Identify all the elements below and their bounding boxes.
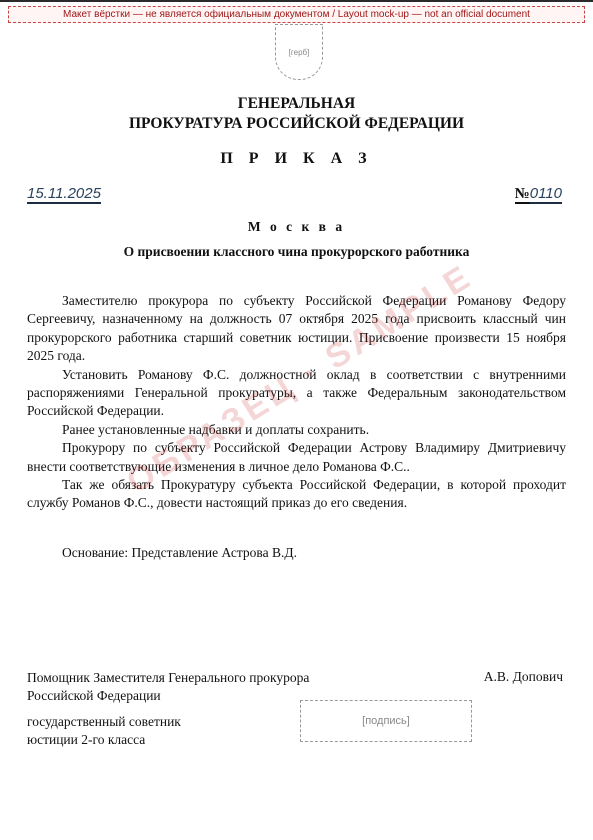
document-city: М о с к в а: [0, 219, 593, 235]
org-name-line2: ПРОКУРАТУРА РОССИЙСКОЙ ФЕДЕРАЦИИ: [0, 114, 593, 133]
top-border: [0, 0, 593, 2]
mockup-notice-banner: Макет вёрстки — не является официальным …: [8, 6, 585, 23]
document-type-title: П Р И К А З: [0, 150, 593, 168]
signatory-rank-line1: государственный советник: [27, 713, 309, 731]
signatory-rank-line2: юстиции 2-го класса: [27, 731, 309, 749]
number-sign: №: [515, 186, 530, 204]
document-body: Заместителю прокурора по субъекту Россий…: [27, 292, 566, 513]
body-paragraph: Прокурору по субъекту Российской Федерац…: [27, 439, 566, 476]
document-number: №0110: [515, 185, 562, 203]
body-paragraph: Установить Романову Ф.С. должностной окл…: [27, 366, 566, 421]
signature-placeholder: [подпись]: [300, 700, 472, 742]
signatory-name: А.В. Допович: [484, 669, 563, 685]
body-paragraph: Ранее установленные надбавки и доплаты с…: [27, 421, 566, 439]
body-paragraph: Так же обязать Прокуратуру субъекта Росс…: [27, 476, 566, 513]
emblem-placeholder-icon: [герб]: [275, 24, 323, 80]
signatory-position-line1: Помощник Заместителя Генерального прокур…: [27, 669, 309, 687]
basis-line: Основание: Представление Астрова В.Д.: [62, 545, 297, 561]
document-subject: О присвоении классного чина прокурорског…: [0, 244, 593, 260]
signatory-position-line2: Российской Федерации: [27, 687, 309, 705]
signatory-block: Помощник Заместителя Генерального прокур…: [27, 669, 309, 748]
number-value: 0110: [530, 185, 562, 204]
document-date: 15.11.2025: [27, 185, 101, 204]
body-paragraph: Заместителю прокурора по субъекту Россий…: [27, 292, 566, 366]
org-name-line1: ГЕНЕРАЛЬНАЯ: [0, 94, 593, 113]
